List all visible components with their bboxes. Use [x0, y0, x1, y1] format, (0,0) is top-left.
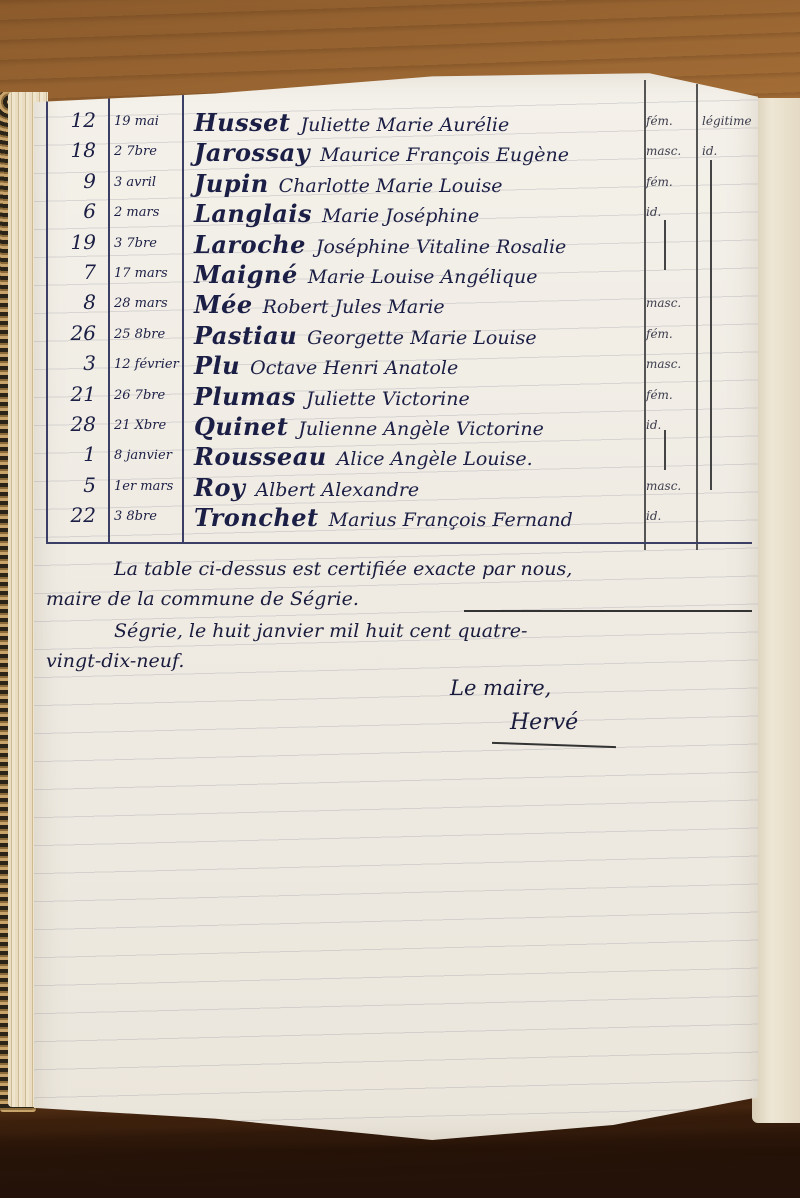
certification-line-4: vingt-dix-neuf. — [46, 650, 184, 672]
entry-number: 19 — [52, 230, 96, 254]
entry-sex: fém. — [646, 327, 673, 341]
entry-sex: fém. — [646, 388, 673, 402]
entry-name: PlumasJuliette Victorine — [194, 382, 470, 411]
certification-line-2: maire de la commune de Ségrie. — [46, 588, 359, 610]
entry-surname: Maigné — [194, 260, 298, 289]
table-row: 2625 8brePastiauGeorgette Marie Louisefé… — [34, 321, 758, 351]
entry-date: 28 mars — [114, 296, 168, 311]
table-bottom-border — [46, 542, 752, 544]
entry-given-names: Marie Joséphine — [322, 205, 479, 227]
entry-name: MaignéMarie Louise Angélique — [194, 260, 538, 289]
entry-sex: id. — [646, 509, 661, 523]
table-row: 62 marsLanglaisMarie Joséphineid. — [34, 199, 758, 229]
table-row: 93 avrilJupinCharlotte Marie Louisefém. — [34, 169, 758, 199]
table-row: 2821 XbreQuinetJulienne Angèle Victorine… — [34, 412, 758, 442]
entry-name: RoyAlbert Alexandre — [194, 473, 419, 502]
table-row: 2126 7brePlumasJuliette Victorinefém. — [34, 382, 758, 412]
entry-date: 17 mars — [114, 266, 168, 281]
entry-surname: Roy — [194, 473, 245, 502]
entry-name: LanglaisMarie Joséphine — [194, 199, 479, 228]
table-row: 828 marsMéeRobert Jules Mariemasc. — [34, 290, 758, 320]
entry-sex: masc. — [646, 296, 681, 310]
entry-given-names: Marie Louise Angélique — [308, 266, 538, 288]
entry-filiation: légitime — [702, 114, 752, 128]
entry-number: 8 — [52, 290, 96, 314]
entry-name: QuinetJulienne Angèle Victorine — [194, 412, 544, 441]
entry-sex: id. — [646, 205, 661, 219]
entry-date: 1er mars — [114, 479, 173, 494]
entry-date: 2 7bre — [114, 144, 157, 159]
entry-given-names: Georgette Marie Louise — [307, 327, 537, 349]
entry-given-names: Julienne Angèle Victorine — [298, 418, 544, 440]
entry-surname: Tronchet — [194, 503, 319, 532]
table-row: 193 7breLarocheJoséphine Vitaline Rosali… — [34, 230, 758, 260]
ditto-line-legit — [710, 160, 712, 490]
entry-date: 2 mars — [114, 205, 159, 220]
table-row: 18 janvierRousseauAlice Angèle Louise. — [34, 442, 758, 472]
entry-number: 5 — [52, 473, 96, 497]
entry-given-names: Octave Henri Anatole — [250, 357, 458, 379]
entry-date: 19 mai — [114, 114, 159, 129]
entry-number: 3 — [52, 351, 96, 375]
entry-given-names: Marius François Fernand — [329, 509, 573, 531]
entry-surname: Plu — [194, 351, 240, 380]
table-row: 717 marsMaignéMarie Louise Angélique — [34, 260, 758, 290]
entry-date: 25 8bre — [114, 327, 165, 342]
entry-sex: id. — [646, 418, 661, 432]
entry-surname: Langlais — [194, 199, 312, 228]
entry-surname: Pastiau — [194, 321, 297, 350]
entry-date: 3 7bre — [114, 236, 157, 251]
entry-date: 3 8bre — [114, 509, 157, 524]
certification-line-3: Ségrie, le huit janvier mil huit cent qu… — [114, 620, 527, 642]
entry-number: 18 — [52, 138, 96, 162]
entry-surname: Mée — [194, 290, 253, 319]
entry-name: LarocheJoséphine Vitaline Rosalie — [194, 230, 566, 259]
entry-name: PluOctave Henri Anatole — [194, 351, 458, 380]
ditto-line-sex-1 — [664, 220, 666, 270]
entry-surname: Husset — [194, 108, 291, 137]
entry-sex: masc. — [646, 357, 681, 371]
entry-name: JarossayMaurice François Eugène — [194, 138, 569, 167]
ditto-line-sex-2 — [664, 430, 666, 470]
entry-surname: Plumas — [194, 382, 296, 411]
entry-name: TronchetMarius François Fernand — [194, 503, 573, 532]
signature-name: Hervé — [510, 710, 578, 735]
entry-number: 22 — [52, 503, 96, 527]
table-row: 312 févrierPluOctave Henri Anatolemasc. — [34, 351, 758, 381]
certification-underline — [464, 610, 752, 612]
entry-surname: Rousseau — [194, 442, 327, 471]
facing-page-edge — [752, 98, 800, 1123]
table-row: 1219 maiHussetJuliette Marie Auréliefém.… — [34, 108, 758, 138]
entry-number: 9 — [52, 169, 96, 193]
entry-given-names: Juliette Victorine — [306, 388, 470, 410]
table-row: 51er marsRoyAlbert Alexandremasc. — [34, 473, 758, 503]
table-row: 223 8breTronchetMarius François Fernandi… — [34, 503, 758, 533]
entry-sex: masc. — [646, 144, 681, 158]
entry-sex: masc. — [646, 479, 681, 493]
entry-surname: Jarossay — [194, 138, 310, 167]
entry-surname: Quinet — [194, 412, 288, 441]
entry-given-names: Juliette Marie Aurélie — [301, 114, 510, 136]
entry-date: 8 janvier — [114, 448, 172, 463]
entry-date: 21 Xbre — [114, 418, 166, 433]
entry-number: 7 — [52, 260, 96, 284]
entry-given-names: Albert Alexandre — [255, 479, 419, 501]
entry-filiation: id. — [702, 144, 717, 158]
certification-line-1: La table ci-dessus est certifiée exacte … — [114, 558, 572, 580]
entry-given-names: Maurice François Eugène — [320, 144, 569, 166]
entry-number: 6 — [52, 199, 96, 223]
entry-name: PastiauGeorgette Marie Louise — [194, 321, 537, 350]
entry-given-names: Charlotte Marie Louise — [279, 175, 503, 197]
entry-name: RousseauAlice Angèle Louise. — [194, 442, 533, 471]
entry-given-names: Joséphine Vitaline Rosalie — [316, 236, 566, 258]
entry-number: 26 — [52, 321, 96, 345]
entry-number: 28 — [52, 412, 96, 436]
entry-name: HussetJuliette Marie Aurélie — [194, 108, 509, 137]
table-row: 182 7breJarossayMaurice François Eugènem… — [34, 138, 758, 168]
entry-date: 26 7bre — [114, 388, 165, 403]
register-page: 1219 maiHussetJuliette Marie Auréliefém.… — [34, 70, 758, 1140]
entry-date: 12 février — [114, 357, 179, 372]
entry-surname: Laroche — [194, 230, 306, 259]
entry-sex: fém. — [646, 114, 673, 128]
entry-surname: Jupin — [194, 169, 269, 198]
signature-title: Le maire, — [450, 676, 551, 700]
entry-name: JupinCharlotte Marie Louise — [194, 169, 503, 198]
entry-number: 1 — [52, 442, 96, 466]
entry-number: 21 — [52, 382, 96, 406]
entry-number: 12 — [52, 108, 96, 132]
entry-name: MéeRobert Jules Marie — [194, 290, 445, 319]
entry-sex: fém. — [646, 175, 673, 189]
entry-date: 3 avril — [114, 175, 156, 190]
entry-given-names: Robert Jules Marie — [263, 296, 445, 318]
entry-given-names: Alice Angèle Louise. — [337, 448, 533, 470]
